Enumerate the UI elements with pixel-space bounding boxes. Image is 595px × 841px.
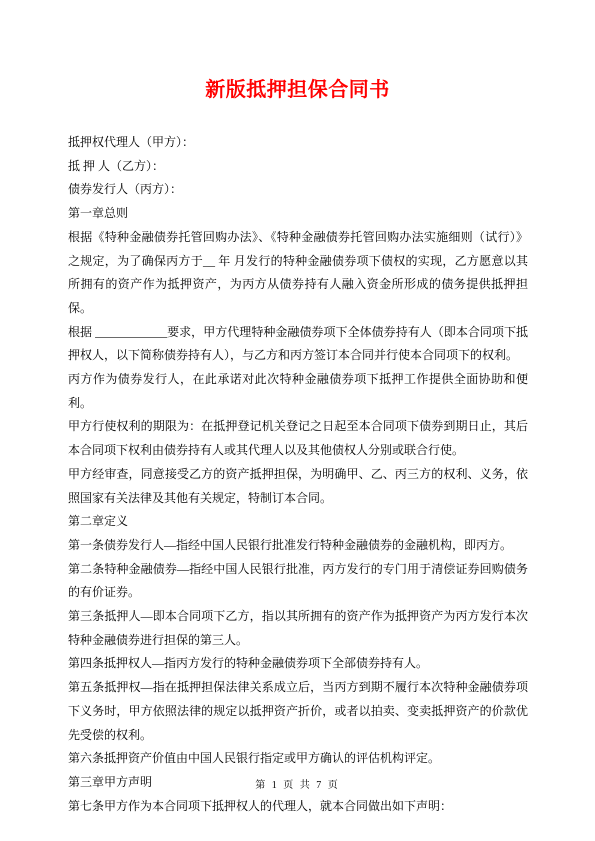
paragraph: 甲方行使权利的期限为：在抵押登记机关登记之日起至本合同项下债券到期日止，其后本合… <box>68 415 528 462</box>
paragraph: 第四条抵押权人—指丙方发行的特种金融债券项下全部债券持有人。 <box>68 652 528 676</box>
paragraph: 丙方作为债券发行人，在此承诺对此次特种金融债券项下抵押工作提供全面协助和便利。 <box>68 368 528 415</box>
paragraph: 债券发行人（丙方）： <box>68 178 528 202</box>
paragraph: 甲方经审查，同意接受乙方的资产抵押担保，为明确甲、乙、丙三方的权利、义务，依照国… <box>68 463 528 510</box>
paragraph: 第二章定义 <box>68 510 528 534</box>
document-page: 新版抵押担保合同书 抵押权代理人（甲方）：抵 押 人（乙方）：债券发行人（丙方）… <box>0 0 595 841</box>
paragraph: 抵 押 人（乙方）： <box>68 155 528 179</box>
paragraph: 第五条抵押权—指在抵押担保法律关系成立后，当丙方到期不履行本次特种金融债券项下义… <box>68 676 528 747</box>
paragraph: 第七条甲方作为本合同项下抵押权人的代理人，就本合同做出如下声明： <box>68 795 528 819</box>
paragraph: 根据 ____________要求，甲方代理特种金融债券项下全体债券持有人（即本… <box>68 321 528 368</box>
document-title: 新版抵押担保合同书 <box>0 77 595 103</box>
paragraph: 第一章总则 <box>68 202 528 226</box>
page-footer: 第 1 页 共 7 页 <box>0 776 595 791</box>
paragraph: 根据《特种金融债券托管回购办法》、《特种金融债券托管回购办法实施细则（试行）》之… <box>68 226 528 321</box>
paragraph: 第六条抵押资产价值由中国人民银行指定或甲方确认的评估机构评定。 <box>68 747 528 771</box>
paragraph: 抵押权代理人（甲方）： <box>68 131 528 155</box>
paragraph: 第一条债券发行人—指经中国人民银行批准发行特种金融债券的金融机构，即丙方。 <box>68 534 528 558</box>
paragraph: 第三条抵押人—即本合同项下乙方，指以其所拥有的资产作为抵押资产为丙方发行本次特种… <box>68 605 528 652</box>
paragraph: 第二条特种金融债券—指经中国人民银行批准，丙方发行的专门用于清偿证券回购债务的有… <box>68 558 528 605</box>
document-body: 抵押权代理人（甲方）：抵 押 人（乙方）：债券发行人（丙方）：第一章总则根据《特… <box>68 131 528 818</box>
